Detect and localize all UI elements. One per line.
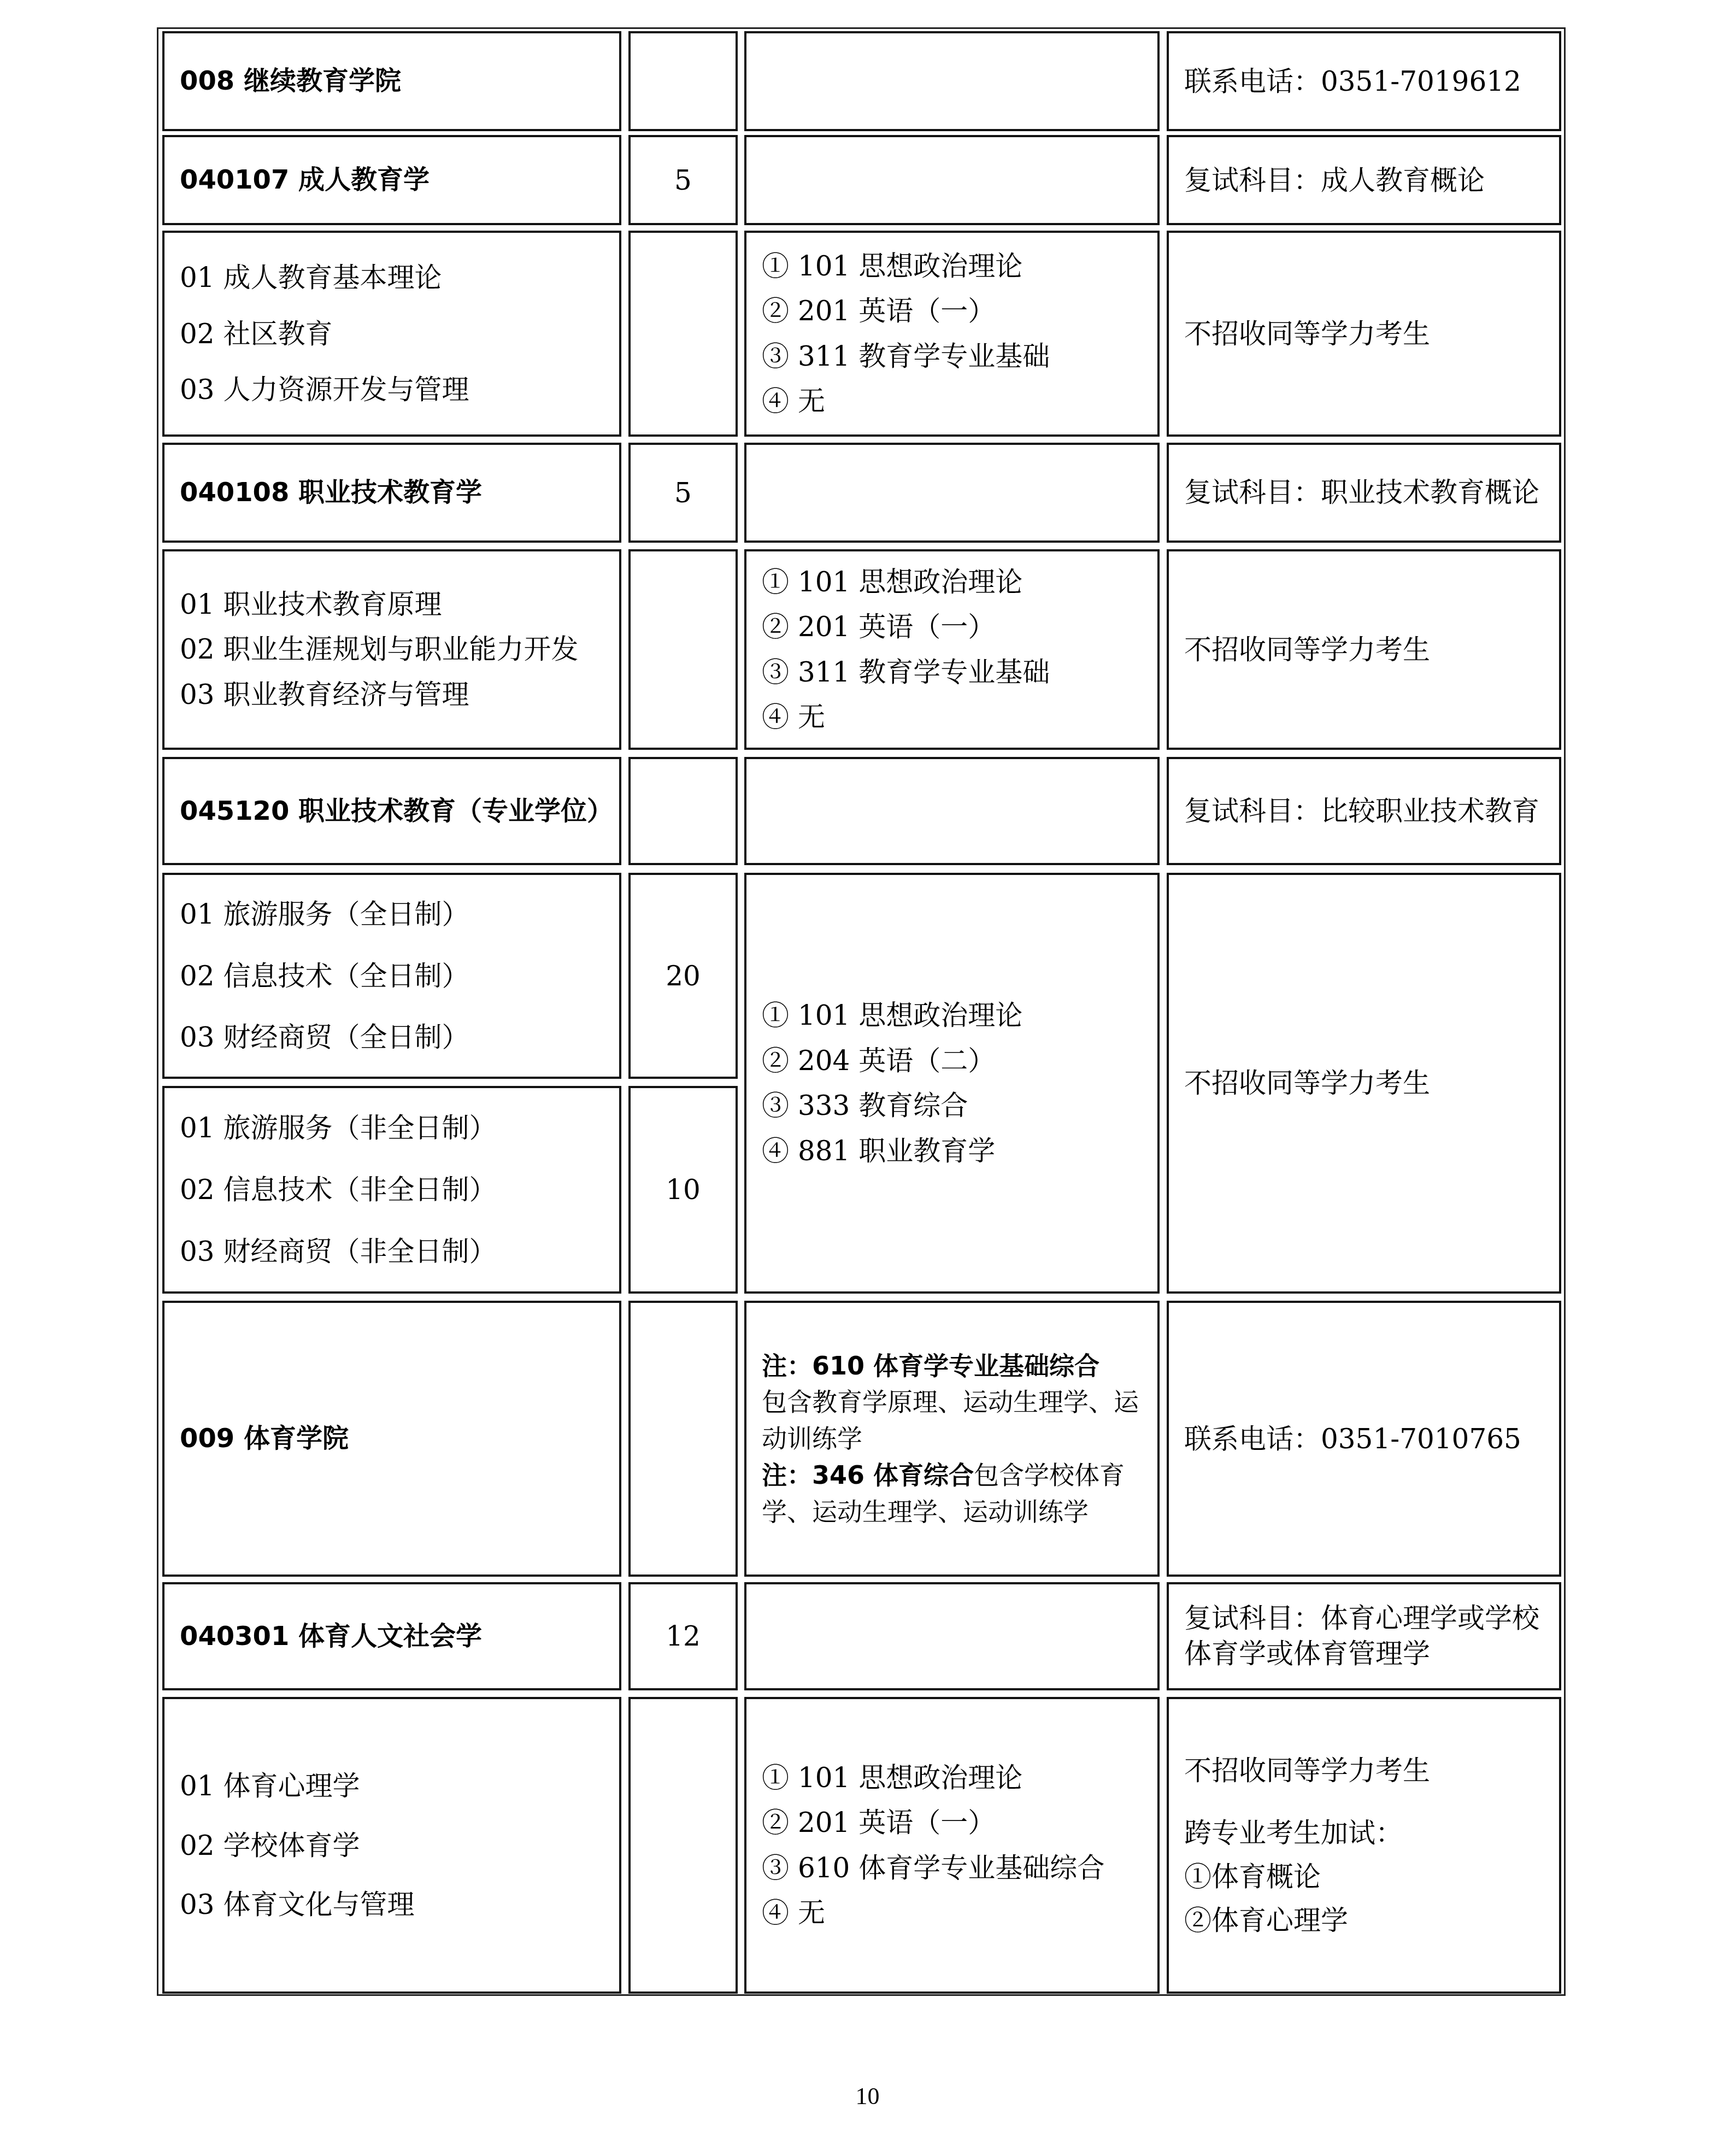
contact-phone: 联系电话：0351-7019612	[1184, 60, 1544, 103]
direction-item: 03 人力资源开发与管理	[180, 368, 604, 412]
direction-item: 01 旅游服务（全日制）	[180, 892, 604, 936]
quota-cell	[628, 757, 738, 865]
note-cell: 不招收同等学力考生	[1167, 231, 1561, 437]
extra-exam-item: ②体育心理学	[1184, 1899, 1544, 1942]
exam-cell: ① 101 思想政治理论 ② 201 英语（一） ③ 610 体育学专业基础综合…	[744, 1697, 1160, 1994]
quota-value: 5	[674, 471, 692, 515]
fulltime-directions-cell: 01 旅游服务（全日制） 02 信息技术（全日制） 03 财经商贸（全日制）	[162, 873, 621, 1079]
exam-cell: ① 101 思想政治理论 ② 204 英语（二） ③ 333 教育综合 ④ 88…	[744, 873, 1160, 1294]
exam-note-610: 注：610 体育学专业基础综合 包含教育学原理、运动生理学、运动训练学	[762, 1348, 1148, 1457]
college-name-cell: 008 继续教育学院	[162, 31, 621, 131]
quota-value: 5	[674, 158, 692, 202]
exam-item: ③ 610 体育学专业基础综合	[762, 1846, 1142, 1891]
admission-note: 不招收同等学力考生	[1184, 1061, 1544, 1105]
extra-exam-item: ①体育概论	[1184, 1855, 1544, 1899]
direction-item: 03 职业教育经济与管理	[180, 672, 604, 718]
college-name-cell: 009 体育学院	[162, 1301, 621, 1577]
note-cell: 联系电话：0351-7010765	[1167, 1301, 1561, 1577]
exam-cell	[744, 1582, 1160, 1690]
exam-cell	[744, 31, 1160, 131]
quota-cell	[628, 1697, 738, 1994]
spacer	[1184, 1793, 1544, 1811]
retest-subject: 复试科目：体育心理学或学校体育学或体育管理学	[1184, 1601, 1544, 1672]
quota-cell	[628, 1301, 738, 1577]
quota-cell: 5	[628, 135, 738, 225]
direction-item: 03 财经商贸（非全日制）	[180, 1230, 604, 1273]
major-name: 045120 职业技术教育（专业学位）	[180, 791, 604, 831]
note-cell: 不招收同等学力考生	[1167, 873, 1561, 1294]
quota-value: 20	[666, 954, 701, 998]
contact-phone: 联系电话：0351-7010765	[1184, 1417, 1544, 1461]
exam-item: ③ 333 教育综合	[762, 1083, 1142, 1129]
exam-note-346-title: 注：346 体育综合	[762, 1460, 974, 1490]
exam-cell: ① 101 思想政治理论 ② 201 英语（一） ③ 311 教育学专业基础 ④…	[744, 549, 1160, 750]
exam-item: ③ 311 教育学专业基础	[762, 334, 1142, 379]
major-name-cell: 040301 体育人文社会学	[162, 1582, 621, 1690]
quota-value: 12	[666, 1614, 701, 1658]
direction-item: 02 信息技术（全日制）	[180, 954, 604, 998]
parttime-directions-cell: 01 旅游服务（非全日制） 02 信息技术（非全日制） 03 财经商贸（非全日制…	[162, 1086, 621, 1294]
note-cell: 不招收同等学力考生	[1167, 549, 1561, 750]
quota-cell	[628, 31, 738, 131]
note-cell: 复试科目：体育心理学或学校体育学或体育管理学	[1167, 1582, 1561, 1690]
direction-item: 01 旅游服务（非全日制）	[180, 1106, 604, 1150]
directions-cell: 01 成人教育基本理论 02 社区教育 03 人力资源开发与管理	[162, 231, 621, 437]
quota-value: 10	[666, 1168, 701, 1212]
exam-item: ② 201 英语（一）	[762, 604, 1142, 650]
exam-cell: ① 101 思想政治理论 ② 201 英语（一） ③ 311 教育学专业基础 ④…	[744, 231, 1160, 437]
exam-cell	[744, 135, 1160, 225]
admission-note: 不招收同等学力考生	[1184, 1749, 1544, 1793]
exam-item: ② 201 英语（一）	[762, 1800, 1142, 1846]
direction-item: 02 职业生涯规划与职业能力开发	[180, 627, 604, 672]
exam-cell	[744, 443, 1160, 543]
directions-cell: 01 体育心理学 02 学校体育学 03 体育文化与管理	[162, 1697, 621, 1994]
college-name: 008 继续教育学院	[180, 60, 604, 102]
quota-cell: 12	[628, 1582, 738, 1690]
direction-item: 01 体育心理学	[180, 1764, 604, 1808]
direction-item: 03 体育文化与管理	[180, 1883, 604, 1926]
quota-cell	[628, 231, 738, 437]
fulltime-quota-cell: 20	[628, 873, 738, 1079]
exam-notes-cell: 注：610 体育学专业基础综合 包含教育学原理、运动生理学、运动训练学 注：34…	[744, 1301, 1160, 1577]
major-name: 040107 成人教育学	[180, 159, 604, 201]
college-name: 009 体育学院	[180, 1418, 604, 1460]
exam-item: ① 101 思想政治理论	[762, 1755, 1142, 1801]
note-cell: 复试科目：职业技术教育概论	[1167, 443, 1561, 543]
major-name-cell: 045120 职业技术教育（专业学位）	[162, 757, 621, 865]
direction-item: 01 职业技术教育原理	[180, 582, 604, 627]
exam-cell	[744, 757, 1160, 865]
exam-item: ④ 881 职业教育学	[762, 1129, 1142, 1174]
page-number: 10	[0, 2082, 1735, 2110]
note-cell: 不招收同等学力考生 跨专业考生加试： ①体育概论 ②体育心理学	[1167, 1697, 1561, 1994]
direction-item: 02 学校体育学	[180, 1824, 604, 1867]
retest-subject: 复试科目：职业技术教育概论	[1184, 472, 1544, 513]
direction-item: 03 财经商贸（全日制）	[180, 1015, 604, 1059]
note-cell: 联系电话：0351-7019612	[1167, 31, 1561, 131]
direction-item: 01 成人教育基本理论	[180, 256, 604, 299]
exam-item: ① 101 思想政治理论	[762, 560, 1142, 605]
direction-item: 02 信息技术（非全日制）	[180, 1168, 604, 1212]
direction-item: 02 社区教育	[180, 312, 604, 356]
major-name-cell: 040107 成人教育学	[162, 135, 621, 225]
exam-note-610-text: 包含教育学原理、运动生理学、运动训练学	[762, 1387, 1139, 1453]
retest-subject: 复试科目：比较职业技术教育	[1184, 791, 1544, 832]
admission-note: 不招收同等学力考生	[1184, 628, 1544, 672]
quota-cell	[628, 549, 738, 750]
exam-item: ① 101 思想政治理论	[762, 993, 1142, 1038]
parttime-quota-cell: 10	[628, 1086, 738, 1294]
cross-major-label: 跨专业考生加试：	[1184, 1811, 1544, 1855]
directions-cell: 01 职业技术教育原理 02 职业生涯规划与职业能力开发 03 职业教育经济与管…	[162, 549, 621, 750]
major-name-cell: 040108 职业技术教育学	[162, 443, 621, 543]
exam-item: ③ 311 教育学专业基础	[762, 650, 1142, 695]
note-cell: 复试科目：比较职业技术教育	[1167, 757, 1561, 865]
exam-item: ④ 无	[762, 379, 1142, 424]
exam-note-346: 注：346 体育综合包含学校体育学、运动生理学、运动训练学	[762, 1457, 1148, 1530]
note-cell: 复试科目：成人教育概论	[1167, 135, 1561, 225]
exam-note-610-title: 注：610 体育学专业基础综合	[762, 1351, 1099, 1380]
admission-note: 不招收同等学力考生	[1184, 312, 1544, 356]
quota-cell: 5	[628, 443, 738, 543]
exam-item: ④ 无	[762, 695, 1142, 740]
major-name: 040108 职业技术教育学	[180, 472, 604, 514]
major-name: 040301 体育人文社会学	[180, 1615, 604, 1658]
exam-item: ② 201 英语（一）	[762, 289, 1142, 334]
exam-item: ④ 无	[762, 1890, 1142, 1936]
exam-item: ② 204 英语（二）	[762, 1038, 1142, 1084]
retest-subject: 复试科目：成人教育概论	[1184, 158, 1544, 202]
exam-item: ① 101 思想政治理论	[762, 244, 1142, 289]
